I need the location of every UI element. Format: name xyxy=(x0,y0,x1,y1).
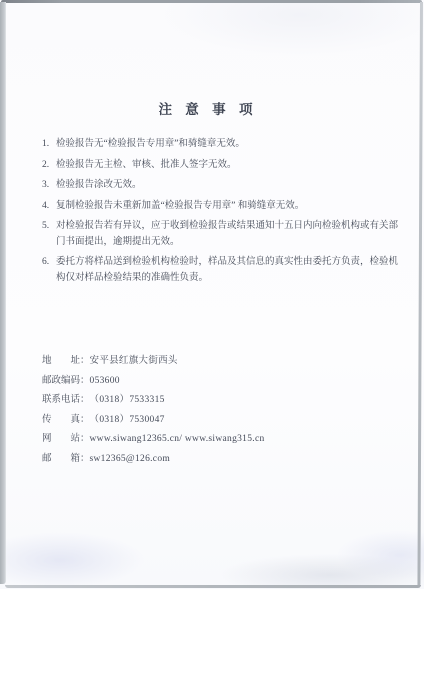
contact-value: 安平县红旗大街西头 xyxy=(90,352,178,372)
contact-line-website: 网 站： www.siwang12365.cn/ www.siwang315.c… xyxy=(42,430,382,450)
contact-label: 传 真： xyxy=(42,411,90,431)
contact-label: 邮政编码： xyxy=(42,372,90,392)
scan-edge-top xyxy=(1,0,422,3)
notice-text: 检验报告无“检验报告专用章”和骑缝章无效。 xyxy=(56,137,398,153)
notice-item: 3. 检验报告涂改无效。 xyxy=(42,178,398,194)
page-title: 注 意 事 项 xyxy=(0,98,416,118)
contact-block: 地 址： 安平县红旗大街西头 邮政编码： 053600 联系电话： （0318）… xyxy=(42,352,382,469)
notice-number: 4. xyxy=(42,199,56,215)
notice-item: 4. 复制检验报告未重新加盖“检验报告专用章” 和骑缝章无效。 xyxy=(42,199,398,215)
notice-number: 3. xyxy=(42,178,56,194)
notice-text: 检验报告无主检、审核、批准人签字无效。 xyxy=(56,158,398,174)
contact-value: （0318）7533315 xyxy=(90,391,165,411)
scan-edge-left xyxy=(0,2,6,584)
contact-line-postcode: 邮政编码： 053600 xyxy=(42,372,382,392)
contact-label: 联系电话： xyxy=(42,391,90,411)
notice-list: 1. 检验报告无“检验报告专用章”和骑缝章无效。 2. 检验报告无主检、审核、批… xyxy=(42,137,398,291)
contact-line-address: 地 址： 安平县红旗大街西头 xyxy=(42,352,382,372)
notice-text: 检验报告涂改无效。 xyxy=(56,178,398,194)
scanned-document: 注 意 事 项 1. 检验报告无“检验报告专用章”和骑缝章无效。 2. 检验报告… xyxy=(0,0,424,700)
notice-text: 委托方将样品送到检验机构检验时，样品及其信息的真实性由委托方负责，检验机构仅对样… xyxy=(56,255,398,286)
scan-edge-right xyxy=(417,2,423,586)
contact-label: 地 址： xyxy=(42,352,90,372)
contact-value: www.siwang12365.cn/ www.siwang315.cn xyxy=(90,430,265,450)
contact-label: 邮 箱： xyxy=(42,450,90,470)
notice-item: 6. 委托方将样品送到检验机构检验时，样品及其信息的真实性由委托方负责，检验机构… xyxy=(42,255,398,286)
notice-text: 复制检验报告未重新加盖“检验报告专用章” 和骑缝章无效。 xyxy=(56,199,398,215)
contact-label: 网 站： xyxy=(42,430,90,450)
contact-line-email: 邮 箱： sw12365@126.com xyxy=(42,450,382,470)
scan-edge-bottom xyxy=(5,585,421,588)
contact-line-fax: 传 真： （0318）7530047 xyxy=(42,411,382,431)
contact-value: 053600 xyxy=(90,372,120,392)
contact-value: （0318）7530047 xyxy=(90,411,165,431)
notice-number: 2. xyxy=(42,158,56,174)
notice-item: 1. 检验报告无“检验报告专用章”和骑缝章无效。 xyxy=(42,137,398,153)
notice-number: 6. xyxy=(42,255,56,271)
notice-number: 5. xyxy=(42,219,56,235)
contact-value: sw12365@126.com xyxy=(90,450,171,470)
notice-item: 2. 检验报告无主检、审核、批准人签字无效。 xyxy=(42,158,398,174)
notice-number: 1. xyxy=(42,137,56,153)
paper-sheet: 注 意 事 项 1. 检验报告无“检验报告专用章”和骑缝章无效。 2. 检验报告… xyxy=(0,0,424,589)
notice-item: 5. 对检验报告若有异议，应于收到检验报告或结果通知十五日内向检验机构或有关部门… xyxy=(42,219,398,250)
notice-text: 对检验报告若有异议，应于收到检验报告或结果通知十五日内向检验机构或有关部门书面提… xyxy=(56,219,398,250)
contact-line-phone: 联系电话： （0318）7533315 xyxy=(42,391,382,411)
